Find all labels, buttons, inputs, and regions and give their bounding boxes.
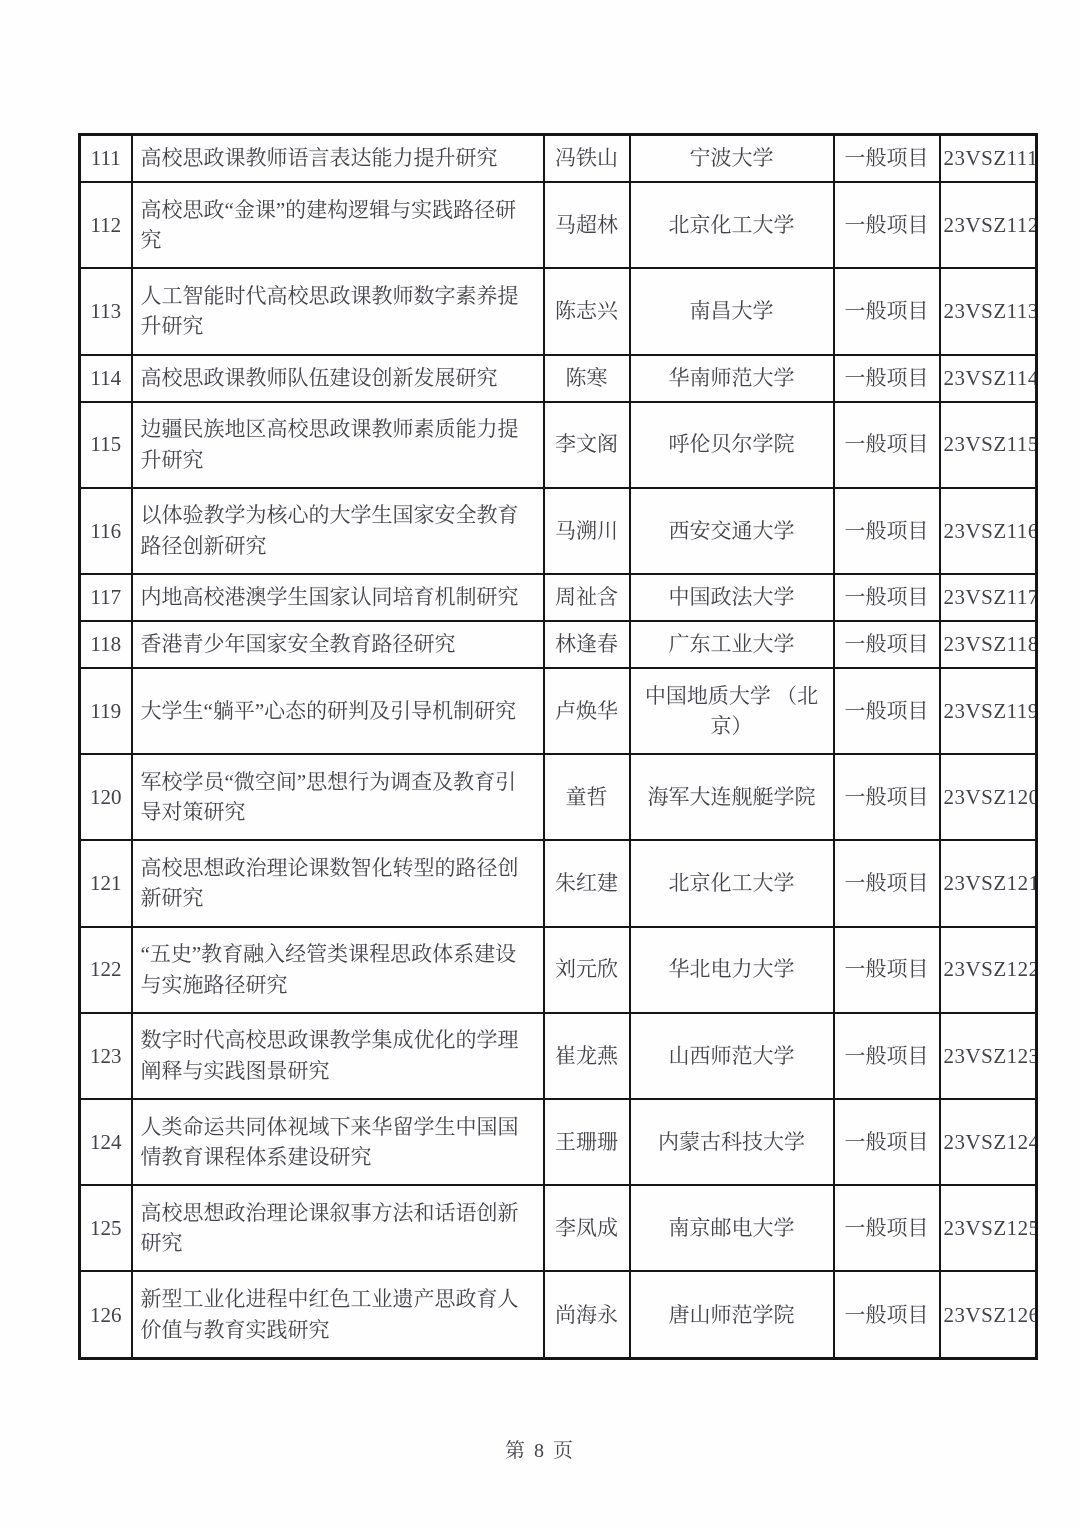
cell-project-title: 人工智能时代高校思政课教师数字素养提升研究 — [132, 268, 544, 354]
cell-leader-name: 冯铁山 — [544, 135, 630, 183]
cell-leader-name: 林逢春 — [544, 621, 630, 668]
cell-institution: 北京化工大学 — [630, 840, 834, 926]
table-row: 118香港青少年国家安全教育路径研究林逢春广东工业大学一般项目23VSZ118 — [80, 621, 1037, 668]
cell-leader-name: 崔龙燕 — [544, 1013, 630, 1099]
cell-project-type: 一般项目 — [834, 840, 940, 926]
projects-table-body: 111高校思政课教师语言表达能力提升研究冯铁山宁波大学一般项目23VSZ1111… — [80, 135, 1037, 1359]
cell-leader-name: 陈志兴 — [544, 268, 630, 354]
cell-row-number: 114 — [80, 355, 132, 402]
cell-leader-name: 周祉含 — [544, 574, 630, 621]
cell-row-number: 123 — [80, 1013, 132, 1099]
cell-institution: 山西师范大学 — [630, 1013, 834, 1099]
cell-project-type: 一般项目 — [834, 488, 940, 574]
cell-project-title: 数字时代高校思政课教学集成优化的学理阐释与实践图景研究 — [132, 1013, 544, 1099]
cell-project-type: 一般项目 — [834, 668, 940, 754]
cell-leader-name: 马超林 — [544, 182, 630, 268]
cell-project-title: 以体验教学为核心的大学生国家安全教育路径创新研究 — [132, 488, 544, 574]
cell-institution: 中国地质大学 （北京） — [630, 668, 834, 754]
cell-row-number: 120 — [80, 754, 132, 840]
cell-project-title: 高校思政课教师语言表达能力提升研究 — [132, 135, 544, 183]
cell-institution: 内蒙古科技大学 — [630, 1099, 834, 1185]
cell-project-type: 一般项目 — [834, 135, 940, 183]
cell-institution: 西安交通大学 — [630, 488, 834, 574]
cell-project-code: 23VSZ123 — [940, 1013, 1037, 1099]
table-row: 119大学生“躺平”心态的研判及引导机制研究卢焕华中国地质大学 （北京）一般项目… — [80, 668, 1037, 754]
cell-project-code: 23VSZ111 — [940, 135, 1037, 183]
cell-project-title: 边疆民族地区高校思政课教师素质能力提升研究 — [132, 402, 544, 488]
cell-institution: 呼伦贝尔学院 — [630, 402, 834, 488]
cell-leader-name: 卢焕华 — [544, 668, 630, 754]
cell-project-code: 23VSZ116 — [940, 488, 1037, 574]
cell-row-number: 118 — [80, 621, 132, 668]
cell-leader-name: 刘元欣 — [544, 927, 630, 1013]
cell-project-type: 一般项目 — [834, 1271, 940, 1358]
table-row: 111高校思政课教师语言表达能力提升研究冯铁山宁波大学一般项目23VSZ111 — [80, 135, 1037, 183]
cell-project-code: 23VSZ124 — [940, 1099, 1037, 1185]
cell-project-type: 一般项目 — [834, 268, 940, 354]
cell-project-type: 一般项目 — [834, 182, 940, 268]
cell-project-code: 23VSZ126 — [940, 1271, 1037, 1358]
cell-institution: 中国政法大学 — [630, 574, 834, 621]
cell-row-number: 125 — [80, 1185, 132, 1271]
page-number-footer: 第 8 页 — [0, 1434, 1080, 1463]
cell-leader-name: 王珊珊 — [544, 1099, 630, 1185]
document-page: 111高校思政课教师语言表达能力提升研究冯铁山宁波大学一般项目23VSZ1111… — [0, 0, 1080, 1528]
cell-leader-name: 陈寒 — [544, 355, 630, 402]
cell-institution: 宁波大学 — [630, 135, 834, 183]
table-row: 122“五史”教育融入经管类课程思政体系建设与实施路径研究刘元欣华北电力大学一般… — [80, 927, 1037, 1013]
cell-institution: 广东工业大学 — [630, 621, 834, 668]
cell-row-number: 113 — [80, 268, 132, 354]
table-row: 116以体验教学为核心的大学生国家安全教育路径创新研究马溯川西安交通大学一般项目… — [80, 488, 1037, 574]
cell-institution: 南京邮电大学 — [630, 1185, 834, 1271]
cell-row-number: 126 — [80, 1271, 132, 1358]
table-row: 120军校学员“微空间”思想行为调查及教育引导对策研究童哲海军大连舰艇学院一般项… — [80, 754, 1037, 840]
cell-leader-name: 朱红建 — [544, 840, 630, 926]
cell-project-title: 军校学员“微空间”思想行为调查及教育引导对策研究 — [132, 754, 544, 840]
cell-row-number: 117 — [80, 574, 132, 621]
cell-project-title: 高校思政“金课”的建构逻辑与实践路径研究 — [132, 182, 544, 268]
cell-project-code: 23VSZ115 — [940, 402, 1037, 488]
cell-leader-name: 尚海永 — [544, 1271, 630, 1358]
cell-project-type: 一般项目 — [834, 1013, 940, 1099]
cell-project-title: 香港青少年国家安全教育路径研究 — [132, 621, 544, 668]
cell-project-type: 一般项目 — [834, 574, 940, 621]
cell-institution: 华北电力大学 — [630, 927, 834, 1013]
cell-row-number: 111 — [80, 135, 132, 183]
cell-row-number: 115 — [80, 402, 132, 488]
cell-leader-name: 李凤成 — [544, 1185, 630, 1271]
cell-project-title: 高校思想政治理论课叙事方法和话语创新研究 — [132, 1185, 544, 1271]
cell-institution: 北京化工大学 — [630, 182, 834, 268]
cell-project-title: 高校思政课教师队伍建设创新发展研究 — [132, 355, 544, 402]
cell-project-title: 高校思想政治理论课数智化转型的路径创新研究 — [132, 840, 544, 926]
table-row: 124人类命运共同体视域下来华留学生中国国情教育课程体系建设研究王珊珊内蒙古科技… — [80, 1099, 1037, 1185]
cell-project-code: 23VSZ112 — [940, 182, 1037, 268]
cell-project-type: 一般项目 — [834, 754, 940, 840]
cell-project-code: 23VSZ121 — [940, 840, 1037, 926]
cell-project-type: 一般项目 — [834, 927, 940, 1013]
cell-project-title: 新型工业化进程中红色工业遗产思政育人价值与教育实践研究 — [132, 1271, 544, 1358]
cell-institution: 唐山师范学院 — [630, 1271, 834, 1358]
table-row: 117内地高校港澳学生国家认同培育机制研究周祉含中国政法大学一般项目23VSZ1… — [80, 574, 1037, 621]
cell-project-code: 23VSZ113 — [940, 268, 1037, 354]
cell-project-code: 23VSZ125 — [940, 1185, 1037, 1271]
cell-row-number: 121 — [80, 840, 132, 926]
cell-row-number: 122 — [80, 927, 132, 1013]
table-row: 123数字时代高校思政课教学集成优化的学理阐释与实践图景研究崔龙燕山西师范大学一… — [80, 1013, 1037, 1099]
cell-row-number: 116 — [80, 488, 132, 574]
cell-project-title: 人类命运共同体视域下来华留学生中国国情教育课程体系建设研究 — [132, 1099, 544, 1185]
cell-leader-name: 李文阁 — [544, 402, 630, 488]
cell-project-title: “五史”教育融入经管类课程思政体系建设与实施路径研究 — [132, 927, 544, 1013]
cell-leader-name: 童哲 — [544, 754, 630, 840]
cell-project-title: 大学生“躺平”心态的研判及引导机制研究 — [132, 668, 544, 754]
cell-project-code: 23VSZ122 — [940, 927, 1037, 1013]
cell-project-type: 一般项目 — [834, 621, 940, 668]
cell-row-number: 119 — [80, 668, 132, 754]
cell-project-type: 一般项目 — [834, 355, 940, 402]
table-row: 114高校思政课教师队伍建设创新发展研究陈寒华南师范大学一般项目23VSZ114 — [80, 355, 1037, 402]
table-row: 125高校思想政治理论课叙事方法和话语创新研究李凤成南京邮电大学一般项目23VS… — [80, 1185, 1037, 1271]
projects-table: 111高校思政课教师语言表达能力提升研究冯铁山宁波大学一般项目23VSZ1111… — [78, 133, 1038, 1360]
cell-project-code: 23VSZ117 — [940, 574, 1037, 621]
cell-project-code: 23VSZ118 — [940, 621, 1037, 668]
cell-row-number: 124 — [80, 1099, 132, 1185]
cell-leader-name: 马溯川 — [544, 488, 630, 574]
cell-project-type: 一般项目 — [834, 402, 940, 488]
cell-project-title: 内地高校港澳学生国家认同培育机制研究 — [132, 574, 544, 621]
cell-project-code: 23VSZ120 — [940, 754, 1037, 840]
cell-institution: 南昌大学 — [630, 268, 834, 354]
cell-project-code: 23VSZ114 — [940, 355, 1037, 402]
cell-project-code: 23VSZ119 — [940, 668, 1037, 754]
table-row: 126新型工业化进程中红色工业遗产思政育人价值与教育实践研究尚海永唐山师范学院一… — [80, 1271, 1037, 1358]
cell-row-number: 112 — [80, 182, 132, 268]
table-row: 112高校思政“金课”的建构逻辑与实践路径研究马超林北京化工大学一般项目23VS… — [80, 182, 1037, 268]
cell-project-type: 一般项目 — [834, 1099, 940, 1185]
cell-project-type: 一般项目 — [834, 1185, 940, 1271]
table-row: 121高校思想政治理论课数智化转型的路径创新研究朱红建北京化工大学一般项目23V… — [80, 840, 1037, 926]
table-row: 115边疆民族地区高校思政课教师素质能力提升研究李文阁呼伦贝尔学院一般项目23V… — [80, 402, 1037, 488]
table-row: 113人工智能时代高校思政课教师数字素养提升研究陈志兴南昌大学一般项目23VSZ… — [80, 268, 1037, 354]
cell-institution: 海军大连舰艇学院 — [630, 754, 834, 840]
cell-institution: 华南师范大学 — [630, 355, 834, 402]
